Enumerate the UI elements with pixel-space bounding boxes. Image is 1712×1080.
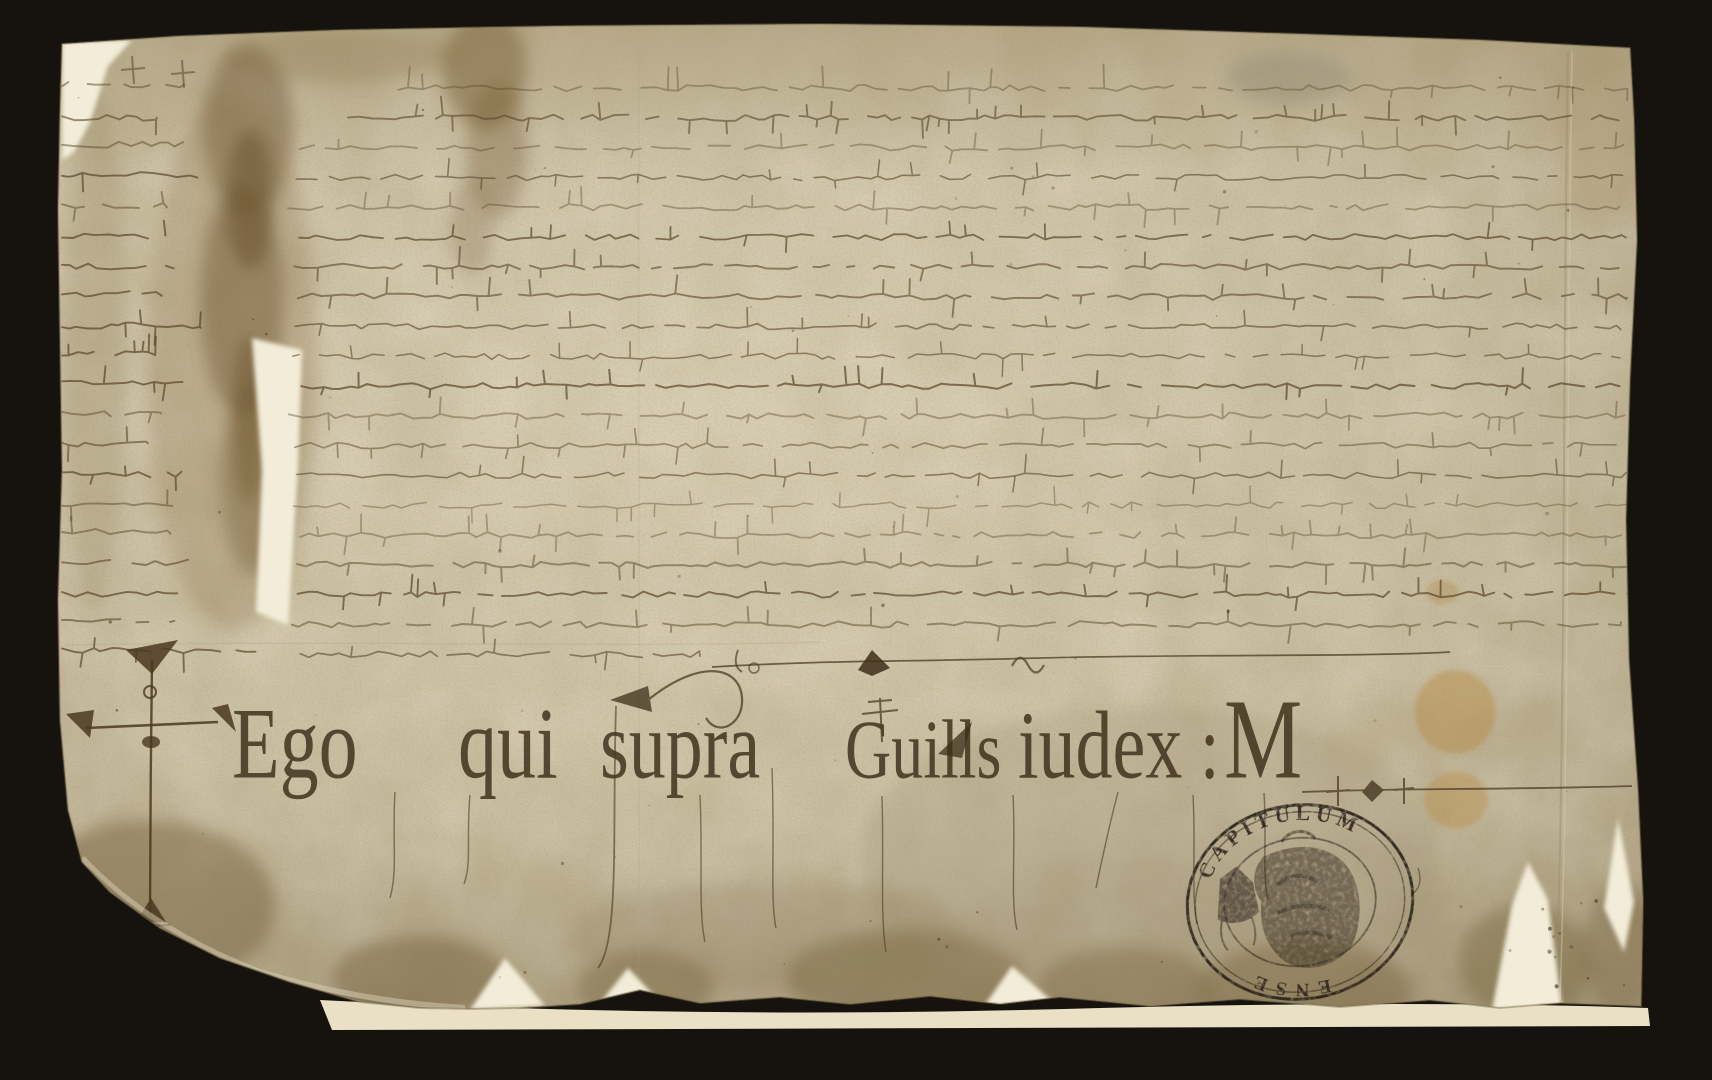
ink-speck — [881, 604, 884, 607]
ink-speck — [1580, 902, 1582, 904]
ink-speck — [792, 329, 795, 332]
ink-speck — [1285, 205, 1286, 206]
ink-speck — [544, 167, 546, 169]
ink-speck — [1518, 263, 1520, 265]
ink-speck — [1032, 175, 1034, 177]
ink-speck — [1567, 209, 1570, 212]
ink-speck — [1547, 950, 1551, 954]
ink-speck — [1492, 165, 1495, 168]
ink-speck — [499, 976, 501, 978]
ink-speck — [145, 167, 146, 168]
ink-speck — [1566, 791, 1567, 792]
ink-speck — [329, 396, 331, 398]
subscription-word-iudex: iudex — [1018, 692, 1182, 798]
ink-speck — [1554, 956, 1556, 958]
ink-speck — [1125, 249, 1127, 251]
subscription-word-guills: Guills — [845, 705, 1001, 797]
ink-speck — [1010, 167, 1013, 170]
ink-speck — [1423, 278, 1425, 280]
ink-speck — [1223, 190, 1226, 193]
ink-speck — [306, 311, 307, 312]
ink-speck — [1499, 76, 1502, 79]
ink-speck — [1216, 315, 1217, 316]
ink-speck — [121, 982, 123, 984]
ink-speck — [535, 170, 536, 171]
subscription-word-m: M — [1224, 677, 1302, 804]
ink-speck — [265, 333, 268, 336]
ink-speck — [1541, 908, 1544, 911]
ink-speck — [1052, 186, 1055, 189]
subscription-word-ego: Ego — [232, 687, 358, 800]
ink-speck — [1075, 658, 1077, 660]
ink-speck — [750, 306, 752, 308]
ink-speck — [747, 515, 750, 518]
photo-frame: Ego qui supra Guills iudex : M — [0, 0, 1712, 1080]
ink-speck — [1572, 87, 1574, 89]
ink-speck — [1555, 984, 1559, 988]
ink-speck — [308, 951, 309, 952]
ink-speck — [1459, 905, 1462, 908]
ink-speck — [870, 920, 872, 922]
ink-speck — [783, 963, 785, 965]
ink-speck — [116, 709, 119, 712]
ink-speck — [202, 833, 204, 835]
ink-speck — [561, 862, 564, 865]
charter-photo: Ego qui supra Guills iudex : M — [0, 0, 1712, 1080]
ink-speck — [955, 197, 958, 200]
ink-speck — [1161, 961, 1163, 963]
ink-speck — [1429, 440, 1430, 441]
ink-speck — [834, 759, 836, 761]
ink-speck — [1255, 130, 1259, 134]
ink-speck — [498, 549, 501, 552]
ink-speck — [956, 495, 959, 498]
ink-speck — [218, 511, 221, 514]
subscription-word-qui: qui — [458, 687, 558, 800]
ink-speck — [1010, 263, 1013, 266]
ink-speck — [678, 575, 681, 578]
ink-speck — [1569, 945, 1573, 949]
ink-speck — [937, 938, 940, 941]
ink-speck — [422, 109, 424, 111]
ink-speck — [1587, 977, 1589, 979]
ink-speck — [648, 805, 650, 807]
ink-speck — [252, 318, 254, 320]
ink-speck — [1509, 949, 1512, 952]
ink-speck — [1188, 787, 1190, 789]
ink-speck — [109, 620, 112, 623]
subscription-word-supra: supra — [600, 692, 760, 798]
parchment: Ego qui supra Guills iudex : M — [0, 0, 1712, 1080]
ink-speck — [1552, 935, 1555, 938]
subscription-colon: : — [1200, 697, 1219, 798]
ink-speck — [78, 97, 79, 98]
ink-speck — [1053, 673, 1054, 674]
ink-speck — [524, 971, 527, 974]
ink-speck — [1333, 304, 1335, 306]
ink-speck — [1623, 984, 1625, 986]
ink-speck — [1594, 899, 1598, 903]
ink-speck — [1227, 610, 1230, 613]
ink-speck — [1142, 930, 1143, 931]
ink-speck — [451, 286, 453, 288]
ink-speck — [945, 945, 948, 948]
ink-speck — [872, 452, 874, 454]
ink-speck — [1548, 927, 1552, 931]
ink-speck — [1513, 207, 1514, 208]
ink-speck — [1558, 932, 1561, 935]
ink-speck — [892, 526, 894, 528]
ink-speck — [1374, 719, 1377, 722]
ink-speck — [1545, 512, 1549, 516]
ink-speck — [848, 315, 850, 317]
ink-speck — [976, 911, 978, 913]
